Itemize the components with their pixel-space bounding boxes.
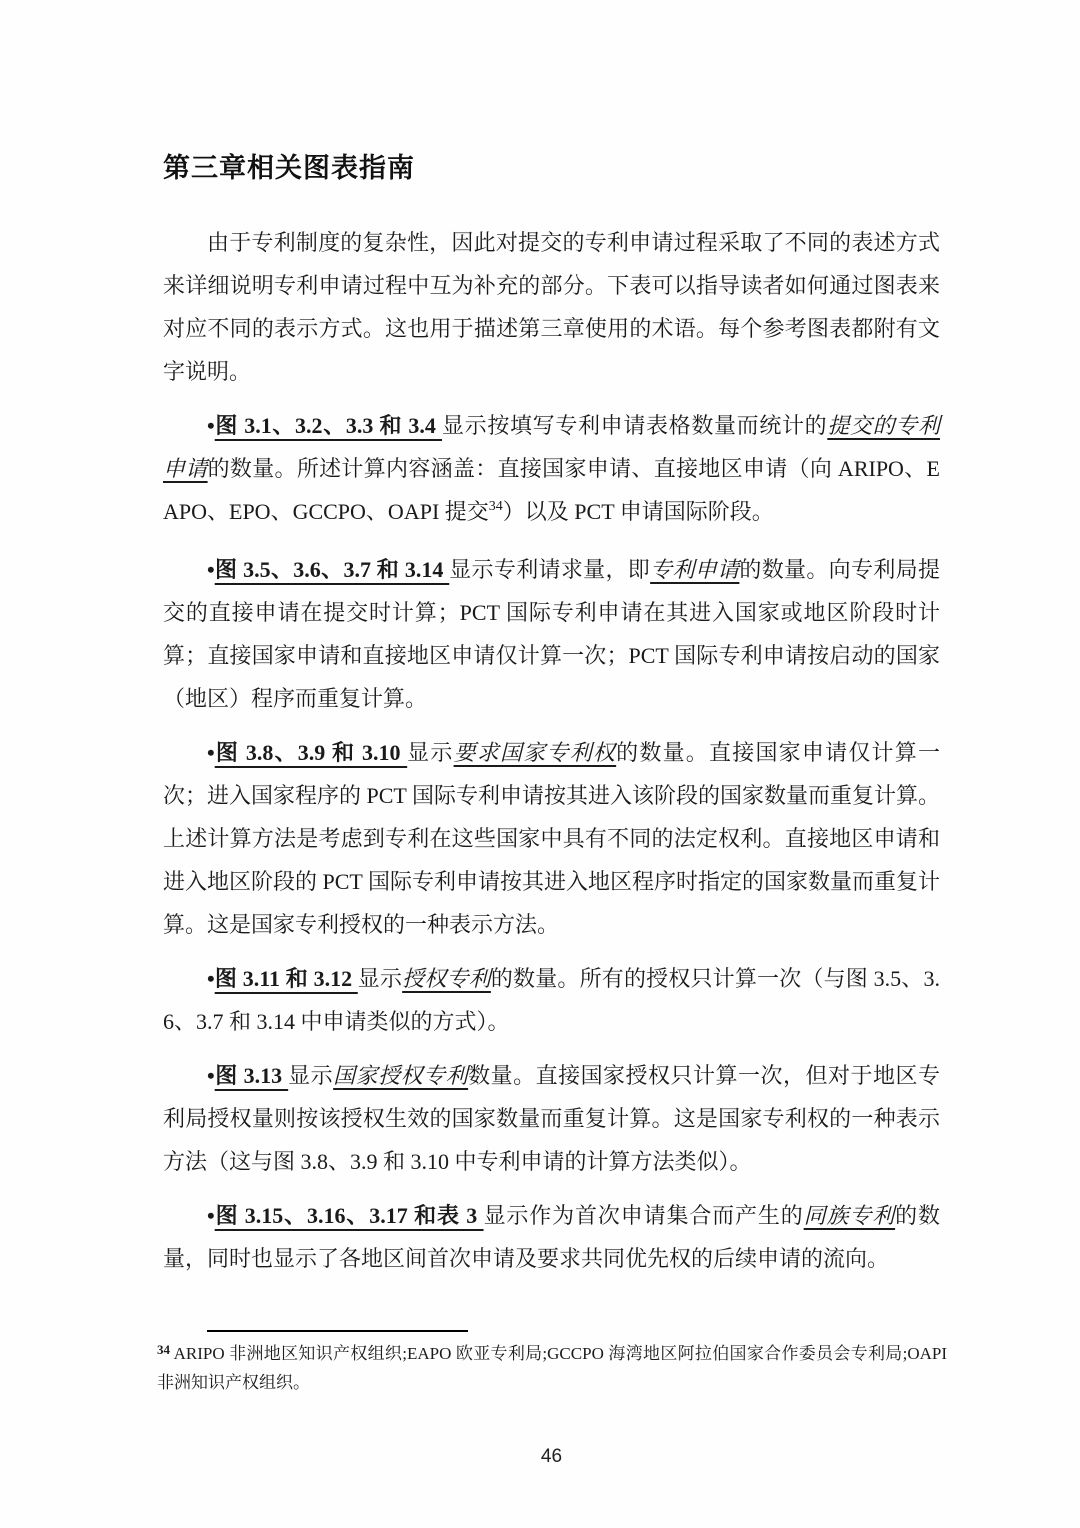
footnote-number: 34	[157, 1342, 170, 1357]
figure-ref: 图 3.11 和 3.12	[215, 966, 358, 991]
bullet-marker: •	[207, 557, 215, 582]
intro-paragraph: 由于专利制度的复杂性，因此对提交的专利申请过程采取了不同的表述方式来详细说明专利…	[163, 221, 940, 393]
bullet-text: 显示	[358, 966, 402, 991]
figure-ref: 图 3.1、3.2、3.3 和 3.4	[215, 413, 442, 438]
bullet-paragraph-3: •图 3.8、3.9 和 3.10 显示要求国家专利权的数量。直接国家申请仅计算…	[163, 731, 940, 946]
bullet-text: 显示专利请求量，即	[449, 557, 650, 582]
bullet-marker: •	[207, 966, 215, 991]
footnote-ref-superscript: 34	[489, 499, 503, 514]
chapter-heading: 第三章相关图表指南	[163, 150, 940, 186]
figure-ref: 图 3.13	[215, 1063, 288, 1088]
term-italic: 国家授权专利	[333, 1063, 468, 1088]
intro-text: 由于专利制度的复杂性，因此对提交的专利申请过程采取了不同的表述方式来详细说明专利…	[163, 230, 940, 384]
footnote-text: ARIPO 非洲地区知识产权组织;EAPO 欧亚专利局;GCCPO 海湾地区阿拉…	[157, 1344, 947, 1392]
footnote: 34 ARIPO 非洲地区知识产权组织;EAPO 欧亚专利局;GCCPO 海湾地…	[157, 1340, 947, 1397]
bullet-marker: •	[207, 1063, 215, 1088]
bullet-text: 显示作为首次申请集合而产生的	[484, 1203, 804, 1228]
figure-ref: 图 3.8、3.9 和 3.10	[215, 740, 407, 765]
bullet-paragraph-6: •图 3.15、3.16、3.17 和表 3 显示作为首次申请集合而产生的同族专…	[163, 1194, 940, 1280]
term-italic: 同族专利	[804, 1203, 895, 1228]
term-italic: 要求国家专利权	[454, 740, 617, 765]
footnote-separator	[207, 1330, 468, 1332]
bullet-marker: •	[207, 1203, 215, 1228]
figure-ref: 图 3.15、3.16、3.17 和表 3	[215, 1203, 484, 1228]
footnote-block: 34 ARIPO 非洲地区知识产权组织;EAPO 欧亚专利局;GCCPO 海湾地…	[157, 1330, 947, 1397]
bullet-text: 的数量。直接国家申请仅计算一次；进入国家程序的 PCT 国际专利申请按其进入该阶…	[163, 740, 940, 937]
term-italic: 授权专利	[402, 966, 491, 991]
bullet-text: 显示	[407, 740, 453, 765]
bullet-text: 显示	[288, 1063, 333, 1088]
bullet-paragraph-5: •图 3.13 显示国家授权专利数量。直接国家授权只计算一次，但对于地区专利局授…	[163, 1054, 940, 1183]
term-italic: 专利申请	[650, 557, 739, 582]
bullet-marker: •	[207, 413, 215, 438]
document-page: 第三章相关图表指南 由于专利制度的复杂性，因此对提交的专利申请过程采取了不同的表…	[0, 0, 1080, 1528]
bullet-text: ）以及 PCT 申请国际阶段。	[503, 499, 774, 524]
page-number: 46	[163, 1446, 940, 1468]
bullet-marker: •	[207, 740, 215, 765]
bullet-paragraph-2: •图 3.5、3.6、3.7 和 3.14 显示专利请求量，即专利申请的数量。向…	[163, 548, 940, 720]
bullet-paragraph-1: •图 3.1、3.2、3.3 和 3.4 显示按填写专利申请表格数量而统计的提交…	[163, 404, 940, 537]
bullet-paragraph-4: •图 3.11 和 3.12 显示授权专利的数量。所有的授权只计算一次（与图 3…	[163, 957, 940, 1043]
figure-ref: 图 3.5、3.6、3.7 和 3.14	[215, 557, 450, 582]
document-content: 第三章相关图表指南 由于专利制度的复杂性，因此对提交的专利申请过程采取了不同的表…	[163, 150, 940, 1291]
bullet-text: 显示按填写专利申请表格数量而统计的	[442, 413, 827, 438]
